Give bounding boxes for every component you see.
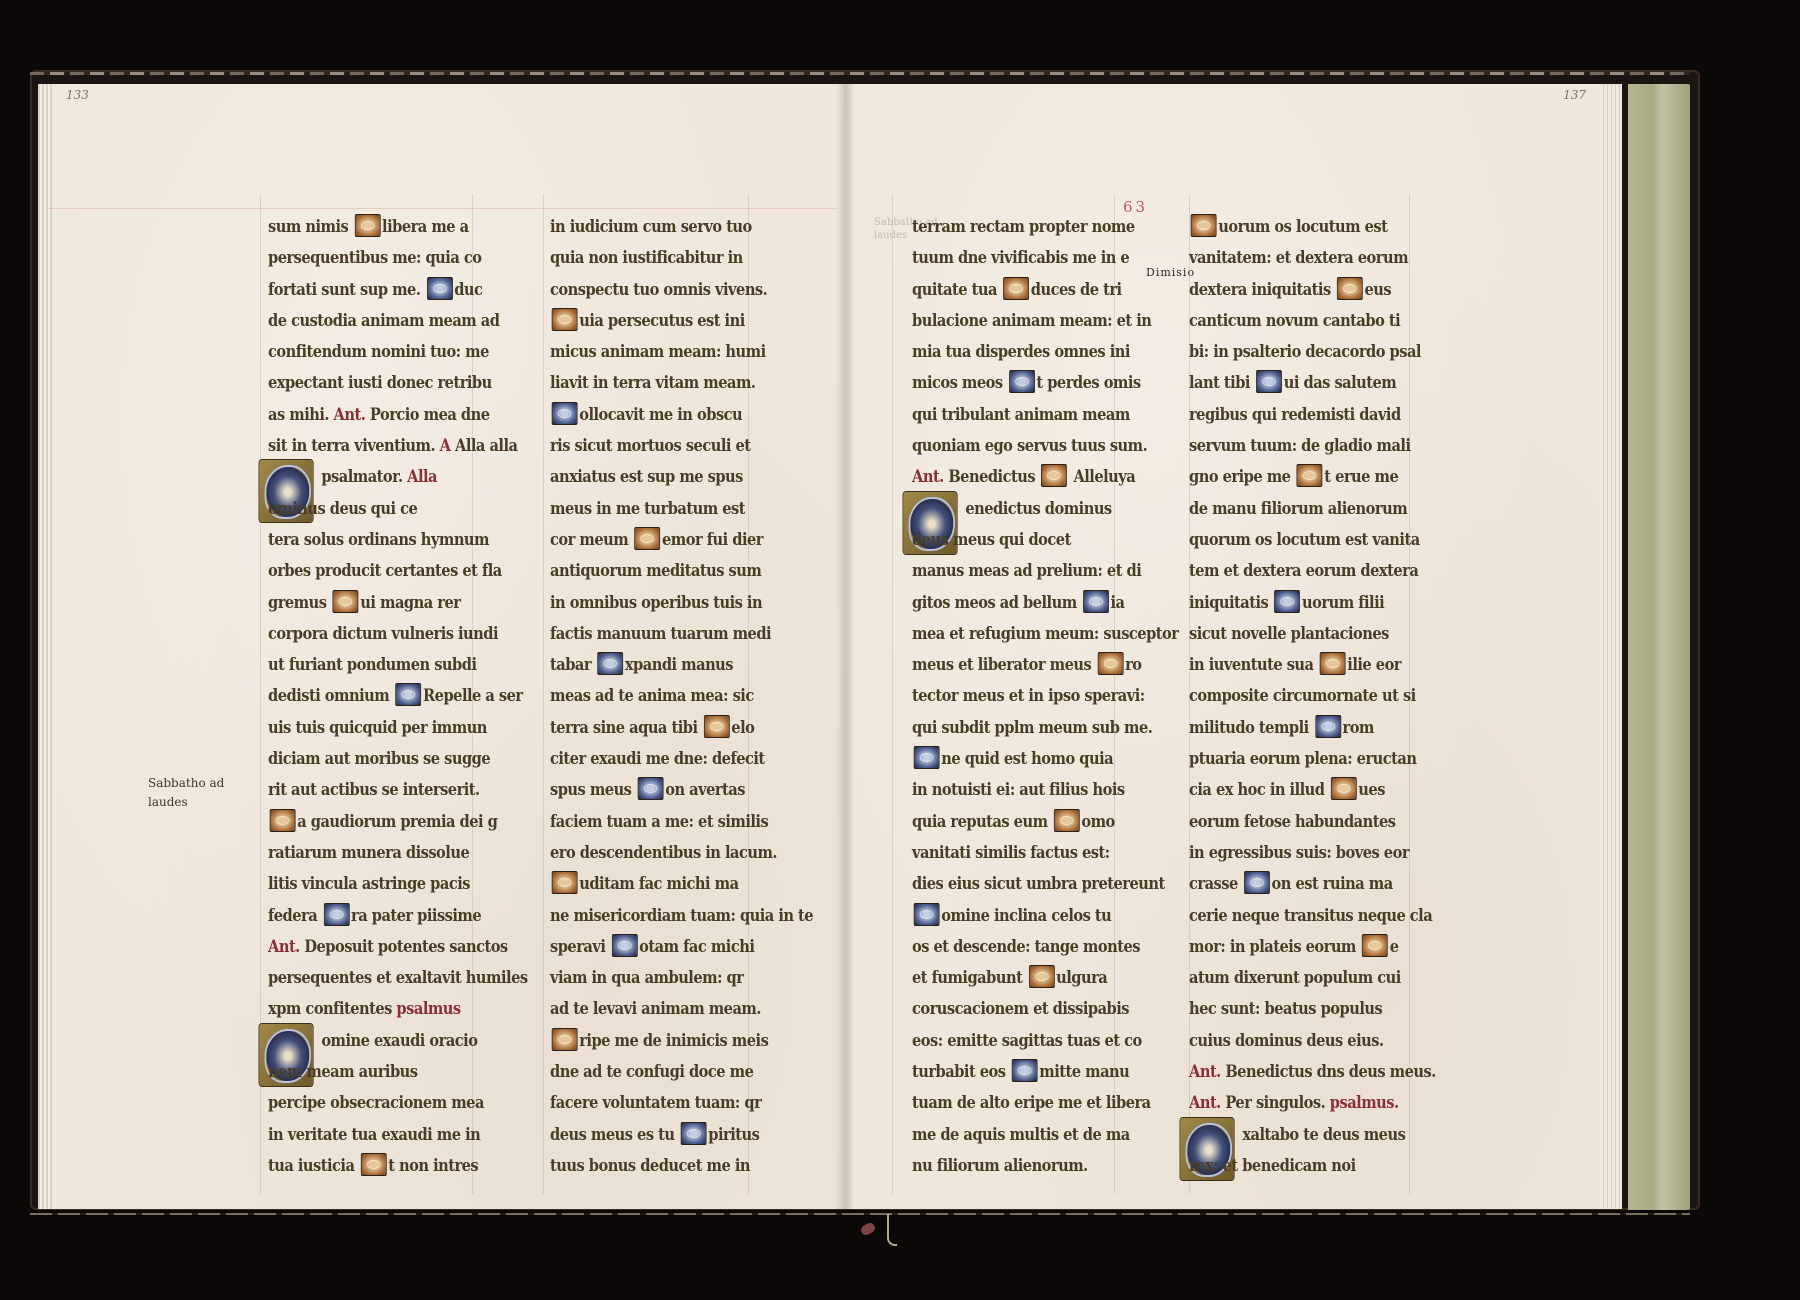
text-segment: ilie eor [1347,655,1401,675]
text-segment: ut furiant pondumen subdi [268,655,477,675]
blue-initial-icon [1256,370,1282,393]
text-segment: ad te levavi animam meam. [550,999,761,1019]
gold-initial-icon [552,871,578,894]
text-line: ris sicut mortuos seculi et [550,431,813,462]
text-line: quoniam ego servus tuus sum. [912,431,1178,462]
text-line: turbabit eos mitte manu [912,1057,1178,1088]
text-segment: ero descendentibus in lacum. [550,843,777,863]
text-line: vanitatem: et dextera eorum [1189,243,1436,274]
text-segment: antiquorum meditatus sum [550,561,761,581]
text-line: cia ex hoc in illud ues [1189,775,1436,806]
text-segment: dextera iniquitatis [1189,280,1335,300]
text-segment: Deposuit potentes sanctos [300,937,508,957]
text-segment: quitate tua [912,280,1002,300]
text-segment: gitos meos ad bellum [912,593,1081,613]
text-segment: militudo templi [1189,718,1313,738]
text-segment: Repelle a ser [423,686,523,706]
text-line: meas ad te anima mea: sic [550,681,813,712]
text-segment: rex: et benedicam noi [1189,1156,1356,1176]
text-segment: facere voluntatem tuam: qr [550,1093,761,1113]
text-line: servum tuum: de gladio mali [1189,431,1436,462]
text-segment: ris sicut mortuos seculi et [550,436,751,456]
right-page: 137 63 Sabbatho adlaudes Dimisio terram … [844,84,1622,1209]
text-segment: as mihi. [268,405,334,425]
text-segment: Alleluya [1069,467,1135,487]
text-line: ominus deus qui ce [268,494,528,525]
text-segment: de custodia animam meam ad [268,311,499,331]
text-line: viam in qua ambulem: qr [550,963,813,994]
text-segment: orbes producit certantes et fla [268,561,502,581]
rubric-text: A [440,436,451,456]
text-segment: expectant iusti donec retribu [268,373,492,393]
text-line: de manu filiorum alienorum [1189,494,1436,525]
text-segment: eus [1364,280,1391,300]
text-segment: dne ad te confugi doce me [550,1062,753,1082]
blue-initial-icon [914,903,940,926]
rubric-text: Alla [407,467,437,487]
text-line: meus et liberator meus ro [912,650,1178,681]
blue-initial-icon [1244,871,1270,894]
ruling-line [48,208,838,209]
text-line: as mihi. Ant. Porcio mea dne [268,400,528,431]
text-segment: uorum os locutum est [1218,217,1387,237]
text-segment: meus in me turbatum est [550,499,745,519]
text-segment: ptuaria eorum plena: eructan [1189,749,1416,769]
text-segment: e [1390,937,1399,957]
text-line: rex: et benedicam noi [1189,1151,1436,1182]
text-column-left-1: sum nimis libera me apersequentibus me: … [268,212,570,1182]
text-segment: omine exaudi oracio [321,1031,477,1051]
text-segment: rit aut actibus se interserit. [268,780,480,800]
text-segment: eorum fetose habundantes [1189,812,1395,832]
text-line: in iudicium cum servo tuo [550,212,813,243]
text-line: meus in me turbatum est [550,494,813,525]
blue-initial-icon [612,934,638,957]
text-line: quia reputas eum omo [912,807,1178,838]
left-folio-number: 133 [66,88,89,102]
text-segment: ratiarum munera dissolue [268,843,469,863]
text-segment: terram rectam propter nome [912,217,1135,237]
gold-initial-icon [270,809,296,832]
text-line: in omnibus operibus tuis in [550,588,813,619]
text-segment: tem et dextera eorum dextera [1189,561,1418,581]
text-line: militudo templi rom [1189,713,1436,744]
blue-initial-icon [597,652,623,675]
text-line: vanitati similis factus est: [912,838,1178,869]
text-line: bi: in psalterio decacordo psal [1189,337,1436,368]
text-segment: viam in qua ambulem: qr [550,968,743,988]
text-line: qui tribulant animam meam [912,400,1178,431]
text-segment: cia ex hoc in illud [1189,780,1329,800]
gold-initial-icon [552,308,578,331]
gold-initial-icon [1003,277,1029,300]
text-segment: litis vincula astringe pacis [268,874,470,894]
text-line: ne misericordiam tuam: quia in te [550,901,813,932]
text-segment: os et descende: tange montes [912,937,1140,957]
text-line: dne ad te confugi doce me [550,1057,813,1088]
text-segment: factis manuum tuarum medi [550,624,771,644]
text-line: atum dixerunt populum cui [1189,963,1436,994]
text-line: ad te levavi animam meam. [550,994,813,1025]
text-line: ripe me de inimicis meis [550,1026,813,1057]
text-line: corpora dictum vulneris iundi [268,619,528,650]
text-segment: qui tribulant animam meam [912,405,1130,425]
rubric-text: Ant. [334,405,366,425]
text-line: expectant iusti donec retribu [268,368,528,399]
text-line: in notuisti ei: aut filius hois [912,775,1178,806]
text-line: fortati sunt sup me. duc [268,275,528,306]
text-line: psalmator. Alla [268,462,528,493]
text-line: quia non iustificabitur in [550,243,813,274]
text-segment: dedisti omnium [268,686,394,706]
gold-initial-icon [634,527,660,550]
text-segment: t erue me [1324,467,1398,487]
text-segment: ues [1358,780,1385,800]
text-line: cerie neque transitus neque cla [1189,901,1436,932]
blue-initial-icon [1083,590,1109,613]
text-line: faciem tuam a me: et similis [550,807,813,838]
rubric-text: Ant. [268,937,300,957]
text-line: dedisti omnium Repelle a ser [268,681,528,712]
text-line: liavit in terra vitam meam. [550,368,813,399]
text-segment: t non intres [388,1156,478,1176]
text-line: gno eripe me t erue me [1189,462,1436,493]
text-line: et fumigabunt ulgura [912,963,1178,994]
text-line: mor: in plateis eorum e [1189,932,1436,963]
text-segment: libera me a [382,217,469,237]
text-segment: in iuventute sua [1189,655,1318,675]
text-segment: tera solus ordinans hymnum [268,530,489,550]
text-segment: sit in terra viventium. [268,436,440,456]
text-segment: xpm confitentes [268,999,396,1019]
text-line: micos meos t perdes omis [912,368,1178,399]
text-segment: micos meos [912,373,1007,393]
text-segment: piritus [708,1125,759,1145]
text-line: conspectu tuo omnis vivens. [550,275,813,306]
red-smudge [859,1221,876,1237]
cover-edge-top [30,72,1690,75]
text-segment: atum dixerunt populum cui [1189,968,1401,988]
text-line: dies eius sicut umbra pretereunt [912,869,1178,900]
blue-initial-icon [1012,1059,1038,1082]
text-segment: Alla alla [450,436,517,456]
text-line: confitendum nomini tuo: me [268,337,528,368]
text-line: uditam fac michi ma [550,869,813,900]
text-segment: persequentes et exaltavit humiles [268,968,528,988]
text-segment: coruscacionem et dissipabis [912,999,1129,1019]
text-segment: ripe me de inimicis meis [579,1031,768,1051]
text-segment: bi: in psalterio decacordo psal [1189,342,1421,362]
text-line: bulacione animam meam: et in [912,306,1178,337]
text-line: diciam aut moribus se sugge [268,744,528,775]
text-segment: ui magna rer [360,593,460,613]
text-segment: cuius dominus deus eius. [1189,1031,1384,1051]
gold-initial-icon [1297,464,1323,487]
blue-initial-icon [1009,370,1035,393]
text-line: iniquitatis uorum filii [1189,588,1436,619]
text-segment: manus meas ad prelium: et di [912,561,1141,581]
text-segment: deus meus qui docet [912,530,1071,550]
gold-initial-icon [355,214,381,237]
blue-initial-icon [1275,590,1301,613]
text-line: gitos meos ad bellum ia [912,588,1178,619]
gold-initial-icon [1098,652,1124,675]
text-segment: terra sine aqua tibi [550,718,702,738]
text-segment: lant tibi [1189,373,1255,393]
text-line: antiquorum meditatus sum [550,556,813,587]
text-segment: et fumigabunt [912,968,1027,988]
text-line: uia persecutus est ini [550,306,813,337]
text-segment: quorum os locutum est vanita [1189,530,1420,550]
gold-initial-icon [1029,965,1055,988]
text-line: persequentes et exaltavit humiles [268,963,528,994]
text-segment: tuum dne vivificabis me in e [912,248,1129,268]
text-line: ratiarum munera dissolue [268,838,528,869]
text-segment: de manu filiorum alienorum [1189,499,1407,519]
text-segment: servum tuum: de gladio mali [1189,436,1410,456]
text-line: ptuaria eorum plena: eructan [1189,744,1436,775]
text-segment: liavit in terra vitam meam. [550,373,755,393]
text-line: orbes producit certantes et fla [268,556,528,587]
text-segment: in omnibus operibus tuis in [550,593,762,613]
text-segment: mitte manu [1039,1062,1129,1082]
text-line: tabar xpandi manus [550,650,813,681]
text-segment: sicut novelle plantaciones [1189,624,1389,644]
text-segment: quoniam ego servus tuus sum. [912,436,1147,456]
text-line: de custodia animam meam ad [268,306,528,337]
text-segment: crasse [1189,874,1242,894]
text-segment: citer exaudi me dne: defecit [550,749,765,769]
text-segment: emor fui dier [662,530,763,550]
text-segment: meus et liberator meus [912,655,1096,675]
text-segment: turbabit eos [912,1062,1010,1082]
text-line: sit in terra viventium. A Alla alla [268,431,528,462]
text-line: facere voluntatem tuam: qr [550,1088,813,1119]
text-segment: in notuisti ei: aut filius hois [912,780,1125,800]
text-segment: Per singulos. [1221,1093,1330,1113]
text-segment: Porcio mea dne [365,405,489,425]
gold-initial-icon [1054,809,1080,832]
text-segment: conspectu tuo omnis vivens. [550,280,767,300]
gold-initial-icon [552,1028,578,1051]
text-segment: ne quid est homo quia [941,749,1113,769]
text-segment: spus meus [550,780,636,800]
text-segment: ra pater piissime [351,906,481,926]
text-line: deus meus qui docet [912,525,1178,556]
blue-initial-icon [552,402,578,425]
margin-note: Sabbatho ad laudes [148,774,224,812]
text-segment: ominus deus qui ce [268,499,417,519]
rubric-text: Ant. [912,467,944,487]
text-segment: rom [1343,718,1374,738]
text-line: rit aut actibus se interserit. [268,775,528,806]
text-line: canticum novum cantabo ti [1189,306,1436,337]
text-segment: elo [731,718,754,738]
gold-initial-icon [1337,277,1363,300]
text-line: quorum os locutum est vanita [1189,525,1436,556]
text-line: eorum fetose habundantes [1189,807,1436,838]
text-line: federa ra pater piissime [268,901,528,932]
text-segment: canticum novum cantabo ti [1189,311,1400,331]
text-segment: deus meus es tu [550,1125,679,1145]
gold-initial-icon [1041,464,1067,487]
text-segment: omo [1081,812,1114,832]
text-line: in egressibus suis: boves eor [1189,838,1436,869]
text-segment: quia reputas eum [912,812,1052,832]
text-segment: iniquitatis [1189,593,1273,613]
text-segment: sum nimis [268,217,353,237]
gold-initial-icon [333,590,359,613]
text-segment: in egressibus suis: boves eor [1189,843,1409,863]
text-segment: ollocavit me in obscu [579,405,742,425]
text-line: Ant. Benedictus dns deus meus. [1189,1057,1436,1088]
text-line: crasse on est ruina ma [1189,869,1436,900]
text-line: me de aquis multis et de ma [912,1120,1178,1151]
text-column-left-2: in iudicium cum servo tuoquia non iustif… [550,212,856,1182]
text-line: cuius dominus deus eius. [1189,1026,1436,1057]
text-line: sum nimis libera me a [268,212,528,243]
text-segment: meas ad te anima mea: sic [550,686,754,706]
rubric-text: Ant. [1189,1093,1221,1113]
text-line: spus meus on avertas [550,775,813,806]
text-line: regibus qui redemisti david [1189,400,1436,431]
text-line: Ant. Deposuit potentes sanctos [268,932,528,963]
text-line: ero descendentibus in lacum. [550,838,813,869]
text-segment: tua iusticia [268,1156,359,1176]
text-segment: duces de tri [1031,280,1122,300]
text-line: hec sunt: beatus populus [1189,994,1436,1025]
text-line: persequentibus me: quia co [268,243,528,274]
text-segment: psalmator. [321,467,407,487]
text-segment: mea et refugium meum: susceptor [912,624,1178,644]
cover-edge-bottom [30,1213,1690,1215]
text-segment: uis tuis quicquid per immun [268,718,487,738]
gold-initial-icon [704,715,730,738]
text-line: coruscacionem et dissipabis [912,994,1178,1025]
text-segment: eos: emitte sagittas tuas et co [912,1031,1142,1051]
text-line: terram rectam propter nome [912,212,1178,243]
green-flyleaf [1628,84,1690,1210]
text-line: factis manuum tuarum medi [550,619,813,650]
gold-initial-icon [1320,652,1346,675]
blue-initial-icon [427,277,453,300]
text-segment: duc [454,280,482,300]
blue-initial-icon [914,746,940,769]
text-segment: nem meam auribus [268,1062,417,1082]
text-segment: federa [268,906,322,926]
text-segment: qui subdit pplm meum sub me. [912,718,1152,738]
text-segment: on avertas [665,780,745,800]
text-line: micus animam meam: humi [550,337,813,368]
text-segment: t perdes omis [1036,373,1140,393]
text-segment: xpandi manus [625,655,733,675]
text-line: in iuventute sua ilie eor [1189,650,1436,681]
text-line: uorum os locutum est [1189,212,1436,243]
text-line: ollocavit me in obscu [550,400,813,431]
sewing-thread [887,1214,897,1246]
text-line: percipe obsecracionem mea [268,1088,528,1119]
text-segment: vanitati similis factus est: [912,843,1110,863]
text-line: citer exaudi me dne: defecit [550,744,813,775]
text-line: nu filiorum alienorum. [912,1151,1178,1182]
gold-initial-icon [361,1153,387,1176]
text-line: qui subdit pplm meum sub me. [912,713,1178,744]
blue-initial-icon [323,903,349,926]
text-segment: Benedictus dns deus meus. [1221,1062,1436,1082]
text-line: uis tuis quicquid per immun [268,713,528,744]
text-segment: tuam de alto eripe me et libera [912,1093,1151,1113]
text-line: mia tua disperdes omnes ini [912,337,1178,368]
text-segment: dies eius sicut umbra pretereunt [912,874,1165,894]
text-segment: persequentibus me: quia co [268,248,481,268]
text-segment: uorum filii [1302,593,1384,613]
text-segment: ia [1110,593,1124,613]
text-segment: nu filiorum alienorum. [912,1156,1088,1176]
text-segment: xaltabo te deus meus [1242,1125,1405,1145]
text-line: enedictus dominus [912,494,1178,525]
text-line: mea et refugium meum: susceptor [912,619,1178,650]
text-line: tua iusticia t non intres [268,1151,528,1182]
text-column-right-1: terram rectam propter nometuum dne vivif… [912,212,1222,1182]
text-segment: tuus bonus deducet me in [550,1156,750,1176]
text-segment: cerie neque transitus neque cla [1189,906,1432,926]
blue-initial-icon [1315,715,1341,738]
text-line: cor meum emor fui dier [550,525,813,556]
text-line: gremus ui magna rer [268,588,528,619]
text-line: omine exaudi oracio [268,1026,528,1057]
text-segment: confitendum nomini tuo: me [268,342,489,362]
text-segment: faciem tuam a me: et similis [550,812,768,832]
text-line: ut furiant pondumen subdi [268,650,528,681]
text-line: deus meus es tu piritus [550,1120,813,1151]
text-segment: quia non iustificabitur in [550,248,743,268]
text-line: quitate tua duces de tri [912,275,1178,306]
text-line: Ant. Benedictus Alleluya [912,462,1178,493]
text-segment: micus animam meam: humi [550,342,766,362]
book-gutter [836,84,854,1209]
text-line: os et descende: tange montes [912,932,1178,963]
text-segment: me de aquis multis et de ma [912,1125,1130,1145]
text-segment: vanitatem: et dextera eorum [1189,248,1408,268]
text-line: terra sine aqua tibi elo [550,713,813,744]
text-segment: Benedictus [944,467,1040,487]
rubric-text: Ant. [1189,1062,1221,1082]
text-segment: anxiatus est sup me spus [550,467,743,487]
text-segment: mia tua disperdes omnes ini [912,342,1130,362]
rubric-text: psalmus [396,999,460,1019]
text-segment: enedictus dominus [965,499,1111,519]
text-segment: hec sunt: beatus populus [1189,999,1382,1019]
text-segment: gremus [268,593,331,613]
rubric-text: psalmus. [1330,1093,1399,1113]
text-line: eos: emitte sagittas tuas et co [912,1026,1178,1057]
text-segment: in veritate tua exaudi me in [268,1125,480,1145]
text-segment: mor: in plateis eorum [1189,937,1360,957]
text-line: tuam de alto eripe me et libera [912,1088,1178,1119]
text-line: composite circumornate ut si [1189,681,1436,712]
text-line: omine inclina celos tu [912,901,1178,932]
text-line: ne quid est homo quia [912,744,1178,775]
blue-initial-icon [396,683,422,706]
gold-initial-icon [1191,214,1217,237]
gold-initial-icon [1331,777,1357,800]
text-segment: on est ruina ma [1272,874,1393,894]
text-segment: bulacione animam meam: et in [912,311,1151,331]
text-line: Ant. Per singulos. psalmus. [1189,1088,1436,1119]
text-line: tuum dne vivificabis me in e [912,243,1178,274]
text-line: anxiatus est sup me spus [550,462,813,493]
left-page: 133 Sabbatho ad laudes sum nimis libera … [38,84,844,1209]
